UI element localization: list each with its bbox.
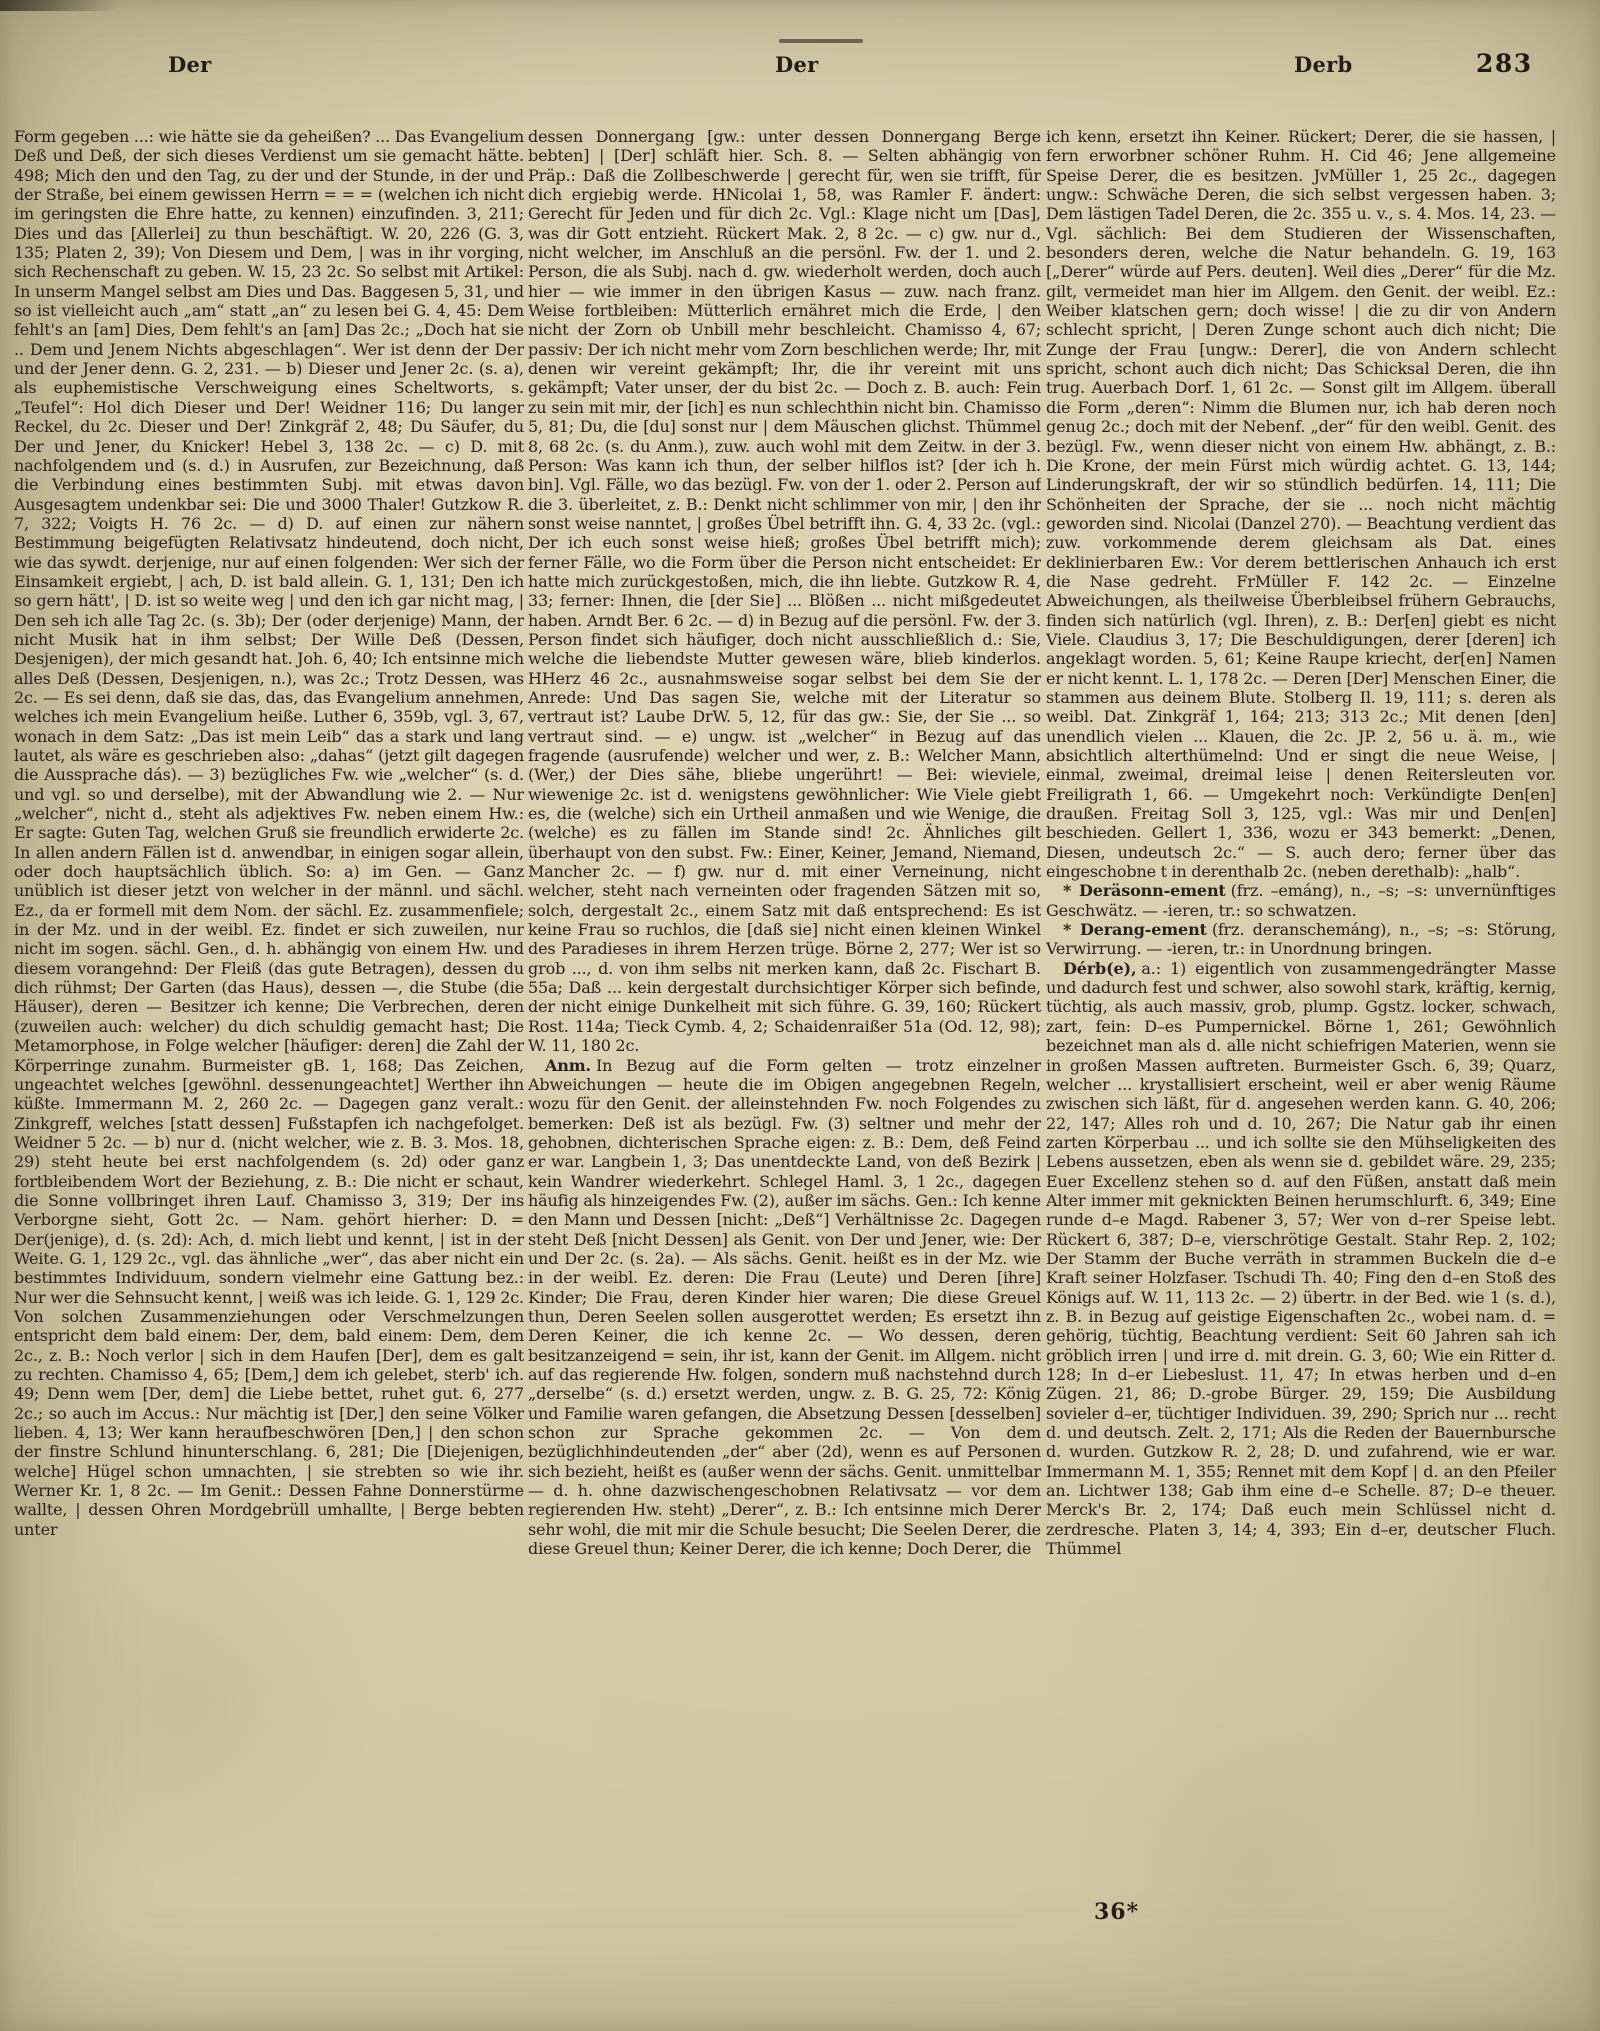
paragraph-text: ich kenn, ersetzt ihn Keiner. Rückert; D… <box>1046 127 1556 881</box>
entry-continuation-paragraph: Form gegeben ...: wie hätte sie da gehei… <box>14 127 524 1539</box>
text-column-1: Form gegeben ...: wie hätte sie da gehei… <box>14 127 524 1919</box>
page-number: 283 <box>1476 49 1533 78</box>
entry-headword: * Derang-ement <box>1063 920 1207 939</box>
running-title-center: Der <box>775 52 819 77</box>
running-title-left: Der <box>168 52 212 77</box>
entry-derangement: * Derang-ement(frz. deranschemáng), n., … <box>1046 920 1556 959</box>
anmerkung-paragraph: Anm.In Bezug auf die Form gelten — trotz… <box>528 1056 1041 1559</box>
entry-derb: Dérb(e),a.: 1) eigentlich von zusammenge… <box>1046 959 1556 1559</box>
book-page: Der Der Derb 283 Form gegeben ...: wie h… <box>0 0 1600 2031</box>
entry-headword: Dérb(e), <box>1063 959 1136 978</box>
ink-smudge <box>779 39 863 43</box>
running-title-right: Derb <box>1294 52 1353 77</box>
paragraph-text: Form gegeben ...: wie hätte sie da gehei… <box>14 127 524 1539</box>
paragraph-text: In Bezug auf die Form gelten — trotz ein… <box>528 1056 1041 1559</box>
text-column-2: dessen Donnergang [gw.: unter dessen Don… <box>528 127 1041 1919</box>
entry-continuation-paragraph: dessen Donnergang [gw.: unter dessen Don… <box>528 127 1041 1056</box>
entry-headword: * Deräsonn-ement <box>1063 881 1226 900</box>
entry-continuation-paragraph: ich kenn, ersetzt ihn Keiner. Rückert; D… <box>1046 127 1556 881</box>
text-column-3: ich kenn, ersetzt ihn Keiner. Rückert; D… <box>1046 127 1556 1919</box>
paragraph-text: dessen Donnergang [gw.: unter dessen Don… <box>528 127 1041 1055</box>
signature-mark: 36* <box>1094 1899 1139 1925</box>
paragraph-text: a.: 1) eigentlich von zusammengedrängter… <box>1046 959 1556 1558</box>
anmerkung-label: Anm. <box>545 1056 591 1075</box>
scan-edge-shadow <box>0 0 118 11</box>
entry-deraisonnement: * Deräsonn-ement(frz. –emáng), n., –s; –… <box>1046 881 1556 920</box>
